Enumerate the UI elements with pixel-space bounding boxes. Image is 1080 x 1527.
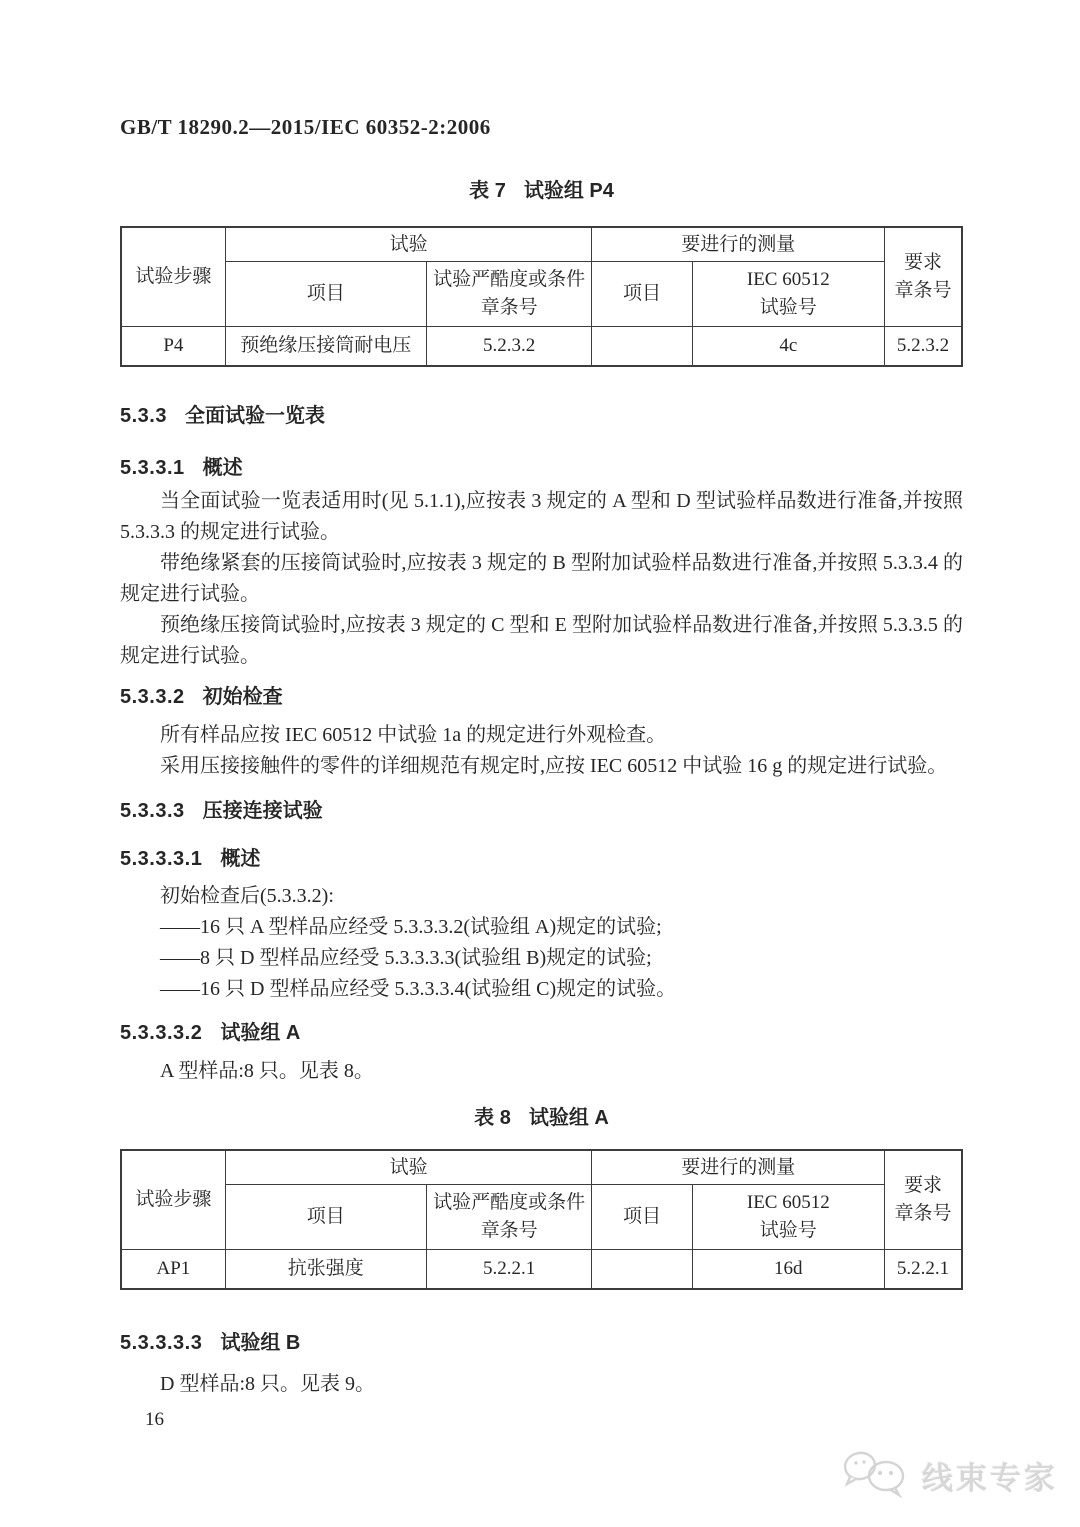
page-number: 16 [145, 1404, 963, 1435]
table8-data-row: AP1 抗张强度 5.2.2.1 16d 5.2.2.1 [121, 1250, 962, 1290]
table8-header-iec: IEC 60512 试验号 [692, 1185, 885, 1250]
section-heading-5-3-3-3-1: 5.3.3.3.1概述 [120, 846, 963, 872]
wechat-logo-icon [840, 1448, 912, 1503]
section-heading-5-3-3: 5.3.3全面试验一览表 [120, 403, 963, 429]
table8-header-requirement: 要求 章条号 [885, 1150, 962, 1250]
table8-cell-severity: 5.2.2.1 [426, 1250, 592, 1290]
table7-header-row-2: 项目 试验严酷度或条件 章条号 项目 IEC 60512 试验号 [121, 262, 962, 327]
table8-header-step: 试验步骤 [121, 1150, 225, 1250]
table7-header-requirement: 要求 章条号 [885, 227, 962, 327]
list-item: ——16 只 A 型样品应经受 5.3.3.3.2(试验组 A)规定的试验; [120, 912, 963, 943]
section-heading-5-3-3-2: 5.3.3.2初始检查 [120, 684, 963, 710]
paragraph: 预绝缘压接筒试验时,应按表 3 规定的 C 型和 E 型附加试验样品数进行准备,… [120, 610, 963, 672]
table7-cell-req: 5.2.3.2 [885, 327, 962, 367]
list-item: ——8 只 D 型样品应经受 5.3.3.3.3(试验组 B)规定的试验; [120, 943, 963, 974]
watermark-text: 线束专家 [922, 1453, 1058, 1498]
paragraph: 当全面试验一览表适用时(见 5.1.1),应按表 3 规定的 A 型和 D 型试… [120, 486, 963, 548]
page-content: GB/T 18290.2—2015/IEC 60352-2:2006 表 7试验… [120, 0, 963, 1435]
paragraph: 初始检查后(5.3.3.2): [120, 881, 963, 912]
table7-header-iec: IEC 60512 试验号 [692, 262, 885, 327]
section-heading-5-3-3-3-2: 5.3.3.3.2试验组 A [120, 1020, 963, 1046]
paragraph: A 型样品:8 只。见表 8。 [120, 1056, 963, 1087]
table7-cell-step: P4 [121, 327, 225, 367]
table8-caption-title: 试验组 A [529, 1107, 609, 1129]
table7-header-measure-item: 项目 [592, 262, 692, 327]
table7-cell-iec: 4c [692, 327, 885, 367]
table8-cell-step: AP1 [121, 1250, 225, 1290]
table7-header-item: 项目 [225, 262, 426, 327]
document-page: GB/T 18290.2—2015/IEC 60352-2:2006 表 7试验… [0, 0, 1080, 1527]
table7-header-severity: 试验严酷度或条件 章条号 [426, 262, 592, 327]
table8-cell-req: 5.2.2.1 [885, 1250, 962, 1290]
section-heading-5-3-3-1: 5.3.3.1概述 [120, 455, 963, 481]
table7-caption-title: 试验组 P4 [524, 180, 614, 202]
doc-code-header: GB/T 18290.2—2015/IEC 60352-2:2006 [120, 0, 963, 140]
table7-data-row: P4 预绝缘压接筒耐电压 5.2.3.2 4c 5.2.3.2 [121, 327, 962, 367]
table8-header-severity: 试验严酷度或条件 章条号 [426, 1185, 592, 1250]
table8-header-row-2: 项目 试验严酷度或条件 章条号 项目 IEC 60512 试验号 [121, 1185, 962, 1250]
paragraph: 所有样品应按 IEC 60512 中试验 1a 的规定进行外观检查。 [120, 720, 963, 751]
paragraph: 带绝缘紧套的压接筒试验时,应按表 3 规定的 B 型附加试验样品数进行准备,并按… [120, 548, 963, 610]
section-heading-5-3-3-3: 5.3.3.3压接连接试验 [120, 798, 963, 824]
table7-cell-severity: 5.2.3.2 [426, 327, 592, 367]
paragraph: 采用压接接触件的零件的详细规范有规定时,应按 IEC 60512 中试验 16 … [120, 751, 963, 782]
table7-caption-label: 表 7 [469, 180, 506, 202]
table7-test-group-p4: 试验步骤 试验 要进行的测量 要求 章条号 项目 试验严酷度或条件 章条号 项目 [120, 226, 963, 367]
table8-caption: 表 8试验组 A [120, 1105, 963, 1131]
table8-header-row-1: 试验步骤 试验 要进行的测量 要求 章条号 [121, 1150, 962, 1185]
table8-header-measure-group: 要进行的测量 [592, 1150, 885, 1185]
table8-test-group-a: 试验步骤 试验 要进行的测量 要求 章条号 项目 试验严酷度或条件 章条号 项目 [120, 1149, 963, 1290]
table8-header-measure-item: 项目 [592, 1185, 692, 1250]
table7-header-row-1: 试验步骤 试验 要进行的测量 要求 章条号 [121, 227, 962, 262]
table8-header-item: 项目 [225, 1185, 426, 1250]
table8-caption-label: 表 8 [474, 1107, 511, 1129]
table7-cell-item: 预绝缘压接筒耐电压 [225, 327, 426, 367]
table8-cell-iec: 16d [692, 1250, 885, 1290]
table7-caption: 表 7试验组 P4 [120, 178, 963, 204]
table8-cell-item: 抗张强度 [225, 1250, 426, 1290]
watermark: 线束专家 [840, 1448, 1058, 1503]
table7-header-measure-group: 要进行的测量 [592, 227, 885, 262]
table8-cell-measure-item [592, 1250, 692, 1290]
table7-header-step: 试验步骤 [121, 227, 225, 327]
table7-cell-measure-item [592, 327, 692, 367]
section-heading-5-3-3-3-3: 5.3.3.3.3试验组 B [120, 1330, 963, 1356]
table8-header-test-group: 试验 [225, 1150, 592, 1185]
table7-header-test-group: 试验 [225, 227, 592, 262]
list-item: ——16 只 D 型样品应经受 5.3.3.3.4(试验组 C)规定的试验。 [120, 974, 963, 1005]
paragraph: D 型样品:8 只。见表 9。 [120, 1369, 963, 1400]
